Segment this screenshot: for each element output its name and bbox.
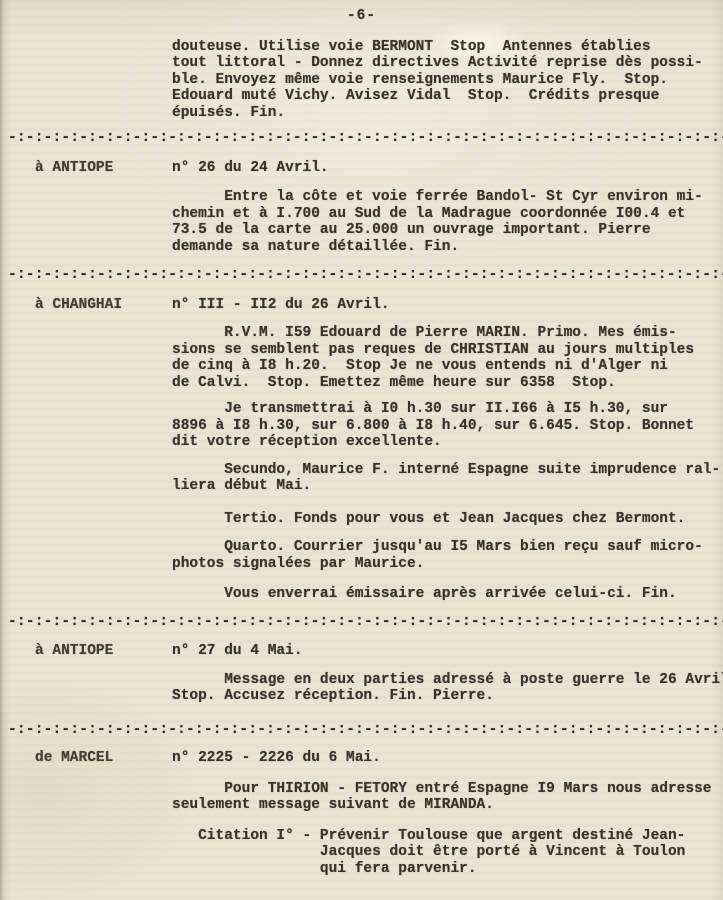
page-number: -6- [0,0,723,25]
message-reference: n° 26 du 24 Avril. [172,160,329,177]
separator-line: -:-:-:-:-:-:-:-:-:-:-:-:-:-:-:-:-:-:-:-:… [8,130,723,147]
citation-paragraph: Citation I° - Prévenir Toulouse que arge… [172,828,723,878]
message-paragraph: R.V.M. I59 Edouard de Pierre MARIN. Prim… [172,325,723,391]
message-paragraph: Vous enverrai émissaire après arrivée ce… [172,586,723,603]
message-addressee: à ANTIOPE [35,643,172,660]
message-header-changhai: à CHANGHAI n° III - II2 du 26 Avril. [35,297,723,314]
message-addressee: à ANTIOPE [35,160,172,177]
message-header-antiope-26: à ANTIOPE n° 26 du 24 Avril. [35,160,723,177]
continuation-paragraph: douteuse. Utilise voie BERMONT Stop Ante… [172,39,723,122]
message-header-marcel: de MARCEL n° 2225 - 2226 du 6 Mai. [35,750,723,767]
message-header-antiope-27: à ANTIOPE n° 27 du 4 Mai. [35,643,723,660]
separator-line: -:-:-:-:-:-:-:-:-:-:-:-:-:-:-:-:-:-:-:-:… [8,722,723,739]
separator-line: -:-:-:-:-:-:-:-:-:-:-:-:-:-:-:-:-:-:-:-:… [8,614,723,631]
message-addressee: à CHANGHAI [35,297,172,314]
scanned-document-page: -6- douteuse. Utilise voie BERMONT Stop … [0,0,723,900]
message-paragraph: Message en deux parties adressé à poste … [172,672,723,705]
message-paragraph: Quarto. Courrier jusqu'au I5 Mars bien r… [172,539,723,572]
message-addressee: de MARCEL [35,750,172,767]
message-paragraph: Secundo, Maurice F. interné Espagne suit… [172,462,723,495]
message-reference: n° 2225 - 2226 du 6 Mai. [172,750,381,767]
message-paragraph: Je transmettrai à I0 h.30 sur II.I66 à I… [172,401,723,451]
message-paragraph: Entre la côte et voie ferrée Bandol- St … [172,189,723,255]
message-paragraph: Pour THIRION - FETORY entré Espagne I9 M… [172,781,723,814]
message-reference: n° 27 du 4 Mai. [172,643,303,660]
message-paragraph: Tertio. Fonds pour vous et Jean Jacques … [172,511,723,528]
separator-line: -:-:-:-:-:-:-:-:-:-:-:-:-:-:-:-:-:-:-:-:… [8,267,723,284]
message-reference: n° III - II2 du 26 Avril. [172,297,390,314]
